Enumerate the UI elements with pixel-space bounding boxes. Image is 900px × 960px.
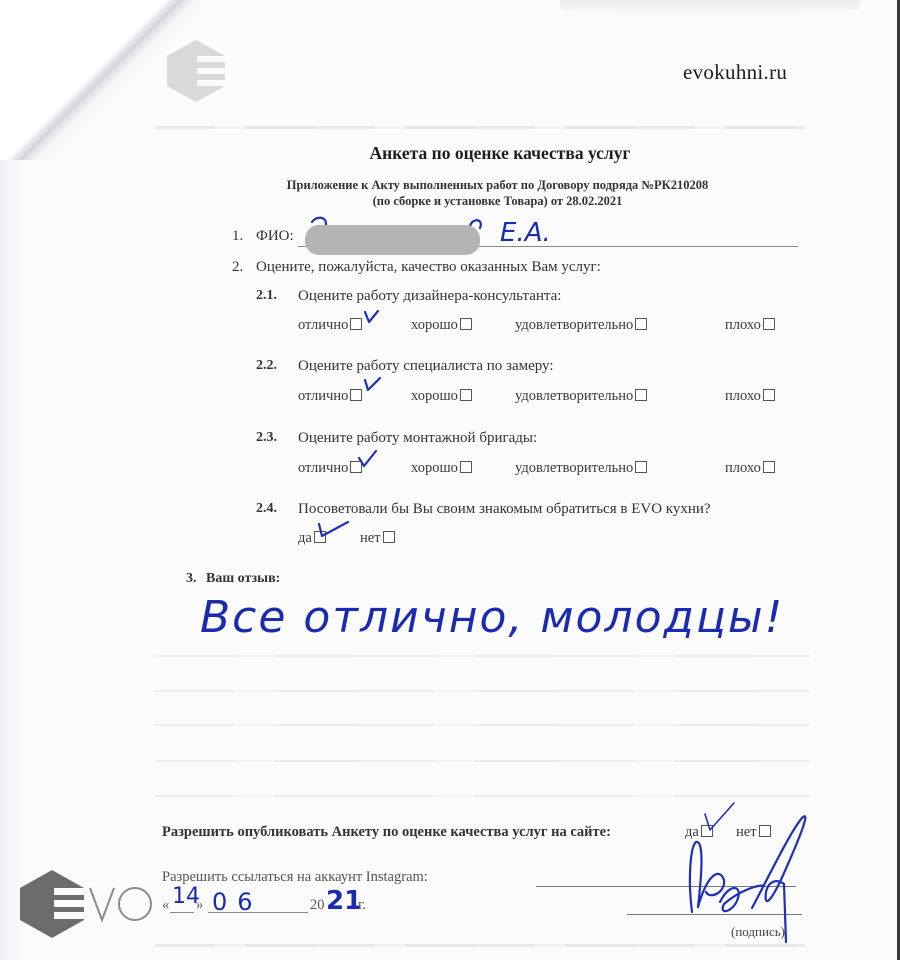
q2-1-option-excellent[interactable]: отлично [298, 317, 362, 334]
q2-2-label: Оцените работу специалиста по замеру: [298, 358, 554, 375]
q2-4-option-no[interactable]: нет [360, 530, 395, 547]
review-line [155, 760, 810, 762]
review-handwritten: Все отлично, молодцы! [200, 592, 784, 643]
q2-2-number: 2.2. [256, 358, 277, 374]
date-year-suffix: 21 [326, 886, 362, 916]
checkbox[interactable] [763, 318, 775, 330]
checkbox[interactable] [635, 461, 647, 473]
instagram-label: Разрешить ссылаться на аккаунт Instagram… [162, 869, 428, 886]
review-line [155, 690, 810, 692]
footer-divider [155, 944, 805, 947]
q1-label: ФИО: [256, 228, 294, 245]
review-line [155, 724, 810, 726]
q2-2-option-poor[interactable]: плохо [725, 388, 775, 405]
checkbox[interactable] [350, 389, 362, 401]
q2-label: Оцените, пожалуйста, качество оказанных … [256, 259, 601, 276]
checkbox[interactable] [763, 461, 775, 473]
header-divider [155, 126, 805, 129]
checkmark-icon [362, 374, 384, 396]
publish-label: Разрешить опубликовать Анкету по оценке … [162, 824, 611, 841]
q2-4-label: Посоветовали бы Вы своим знакомым обрати… [298, 501, 711, 518]
date-month-line [208, 912, 308, 913]
q2-1-option-satisfactory[interactable]: удовлетворительно [515, 317, 647, 334]
q2-3-option-good[interactable]: хорошо [411, 460, 472, 477]
subtitle-line-1: Приложение к Акту выполненных работ по Д… [0, 178, 900, 193]
q2-3-label: Оцените работу монтажной бригады: [298, 430, 537, 447]
fio-redacted [305, 225, 480, 255]
date-open-quote: « [162, 897, 169, 914]
fio-handwritten: Е.А. [500, 218, 551, 248]
page-title: Анкета по оценке качества услуг [0, 143, 900, 164]
q1-number: 1. [232, 228, 243, 245]
scan-smudge [560, 0, 860, 16]
date-year-unit: г. [358, 897, 366, 914]
q2-1-label: Оцените работу дизайнера-консультанта: [298, 288, 561, 305]
q2-3-option-excellent[interactable]: отлично [298, 460, 362, 477]
checkbox[interactable] [460, 318, 472, 330]
q2-2-option-excellent[interactable]: отлично [298, 388, 362, 405]
checkbox[interactable] [460, 389, 472, 401]
date-day-line [170, 912, 194, 913]
q3-number: 3. [186, 571, 197, 587]
review-line [155, 795, 810, 797]
q2-2-option-good[interactable]: хорошо [411, 388, 472, 405]
q2-2-option-satisfactory[interactable]: удовлетворительно [515, 388, 647, 405]
date-close-quote: » [196, 897, 203, 914]
scanned-document: evokuhni.ru Анкета по оценке качества ус… [0, 0, 900, 960]
subtitle-line-2: (по сборке и установке Товара) от 28.02.… [0, 194, 900, 209]
site-url: evokuhni.ru [683, 60, 787, 85]
checkbox[interactable] [460, 461, 472, 473]
checkbox[interactable] [635, 389, 647, 401]
checkmark-icon [356, 448, 380, 472]
checkbox[interactable] [383, 531, 395, 543]
checkbox[interactable] [763, 389, 775, 401]
checkmark-icon [362, 308, 382, 328]
q2-1-option-poor[interactable]: плохо [725, 317, 775, 334]
date-year-prefix: 20 [310, 897, 325, 914]
checkbox[interactable] [350, 318, 362, 330]
checkmark-icon [316, 518, 352, 542]
checkbox[interactable] [635, 318, 647, 330]
evo-brand-logo-icon [18, 868, 158, 940]
q2-3-option-satisfactory[interactable]: удовлетворительно [515, 460, 647, 477]
q3-label: Ваш отзыв: [206, 571, 280, 587]
evo-hexagon-logo-icon [165, 38, 227, 104]
signature-caption: (подпись) [731, 924, 785, 940]
q2-1-option-good[interactable]: хорошо [411, 317, 472, 334]
q2-4-number: 2.4. [256, 501, 277, 517]
q2-number: 2. [232, 259, 243, 276]
q2-3-option-poor[interactable]: плохо [725, 460, 775, 477]
q2-1-number: 2.1. [256, 288, 277, 304]
q2-3-number: 2.3. [256, 430, 277, 446]
review-line [155, 655, 810, 657]
